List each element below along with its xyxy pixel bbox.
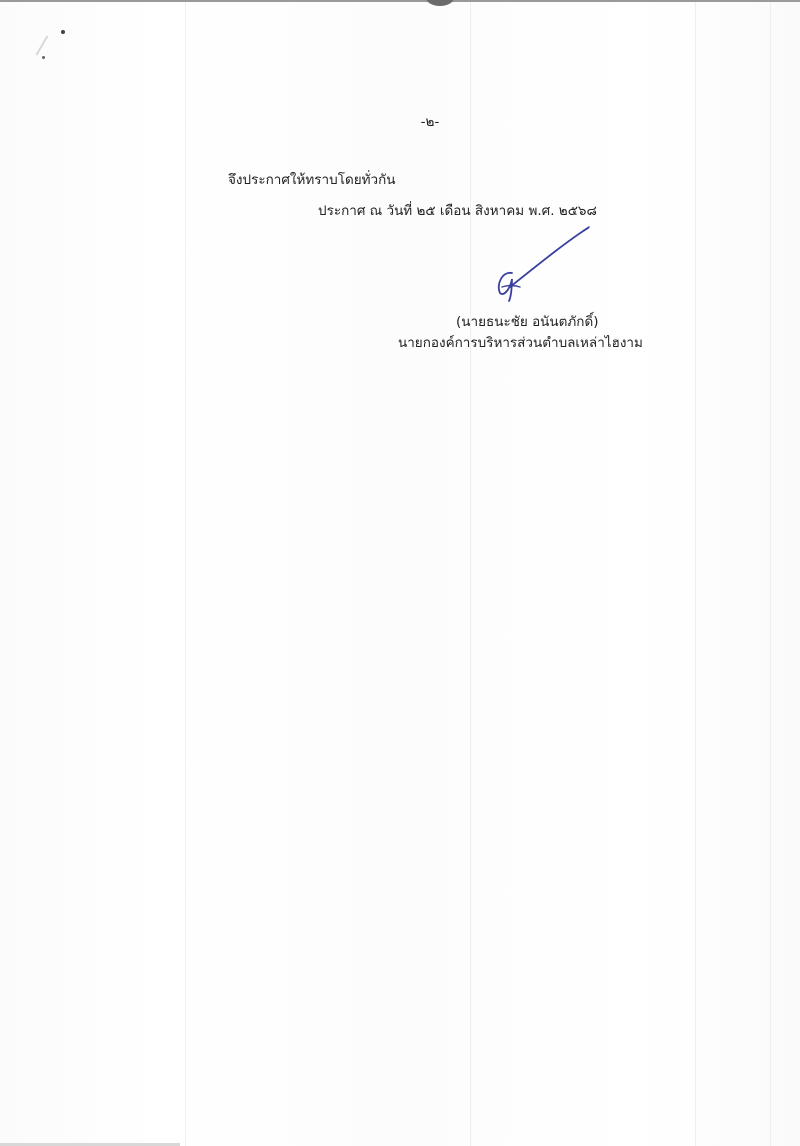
closing-statement: จึงประกาศให้ทราบโดยทั่วกัน [228,171,396,189]
signature-icon [490,225,595,305]
scan-artifact-line [695,0,696,1146]
punch-hole-mark [425,0,455,6]
scan-artifact-line [185,0,186,1146]
scan-smudge [36,35,61,62]
scanned-document-page: -๒- จึงประกาศให้ทราบโดยทั่วกัน ประกาศ ณ … [0,0,800,1146]
scan-artifact-line [470,0,471,1146]
announcement-date: ประกาศ ณ วันที่ ๒๕ เดือน สิงหาคม พ.ศ. ๒๕… [318,202,597,220]
page-top-edge [0,0,800,2]
scan-speck [61,30,65,34]
scan-artifact-line [770,0,771,1146]
signer-title: นายกองค์การบริหารส่วนตำบลเหล่าไฮงาม [398,334,643,352]
signer-name: (นายธนะชัย อนันตภักดิ์) [456,313,599,331]
page-number: -๒- [0,113,800,131]
